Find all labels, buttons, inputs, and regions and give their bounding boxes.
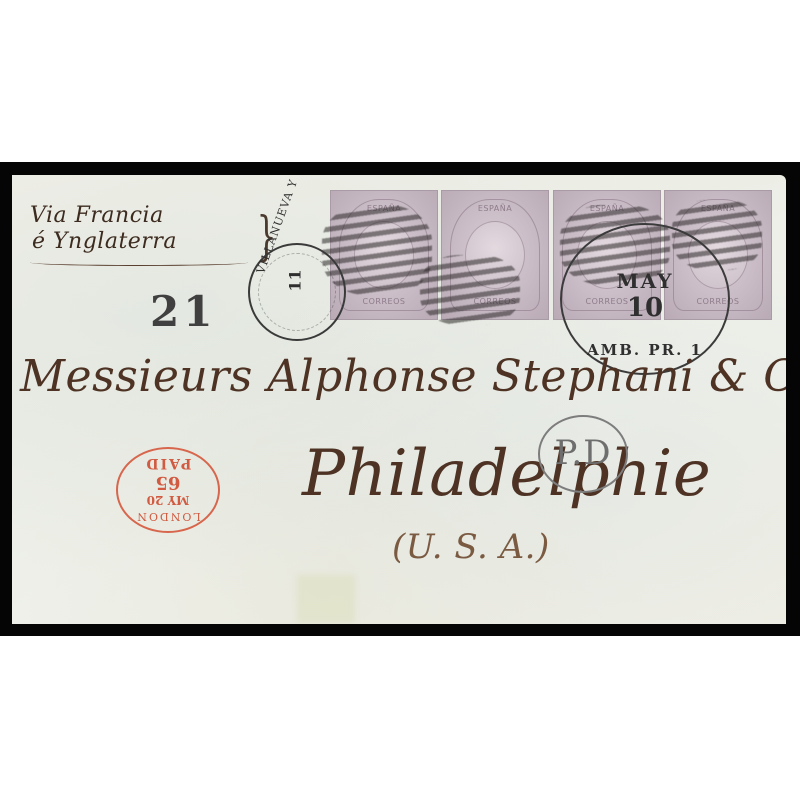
stamp-inscription: CORREOS xyxy=(363,297,406,306)
stamp-3: ESPAÑA CORREOS xyxy=(553,190,661,320)
stamp-country: ESPAÑA xyxy=(701,204,735,213)
stamp-4: ESPAÑA CORREOS xyxy=(664,190,772,320)
stamp-country: ESPAÑA xyxy=(367,204,401,213)
routing-note-underline xyxy=(30,259,248,266)
stamp-inscription: CORREOS xyxy=(474,297,517,306)
routing-note-line2: é Ynglaterra xyxy=(32,229,177,254)
stamp-2: ESPAÑA CORREOS xyxy=(441,190,549,320)
london-postmark-date: MY 20 xyxy=(118,493,218,507)
routing-note-line1: Via Francia xyxy=(30,203,164,228)
stamp-country: ESPAÑA xyxy=(590,204,624,213)
london-postmark-paid: PAID xyxy=(118,455,218,471)
rate-marking: 21 xyxy=(150,287,216,336)
stamp-country: ESPAÑA xyxy=(478,204,512,213)
routing-note-brace: } xyxy=(257,207,277,267)
queen-portrait-icon xyxy=(688,221,748,289)
queen-portrait-icon xyxy=(354,221,414,289)
origin-postmark-date: 11 xyxy=(286,269,305,291)
london-postmark-city: LONDON xyxy=(118,510,218,523)
address-country: (U. S. A.) xyxy=(392,527,550,567)
stamp-inscription: CORREOS xyxy=(586,297,629,306)
queen-portrait-icon xyxy=(465,221,525,289)
paper-stain xyxy=(297,575,355,623)
london-paid-postmark: LONDON MY 20 65 PAID xyxy=(116,447,220,533)
addressee-name: Messieurs Alphonse Stephani & Cie xyxy=(20,351,786,402)
stamp-1: ESPAÑA CORREOS xyxy=(330,190,438,320)
address-city: Philadelphie xyxy=(302,437,711,511)
stamp-inscription: CORREOS xyxy=(697,297,740,306)
queen-portrait-icon xyxy=(577,221,637,289)
london-postmark-year: 65 xyxy=(118,472,218,493)
postal-cover: Via Francia é Ynglaterra } 21 ESPAÑA COR… xyxy=(12,175,786,624)
